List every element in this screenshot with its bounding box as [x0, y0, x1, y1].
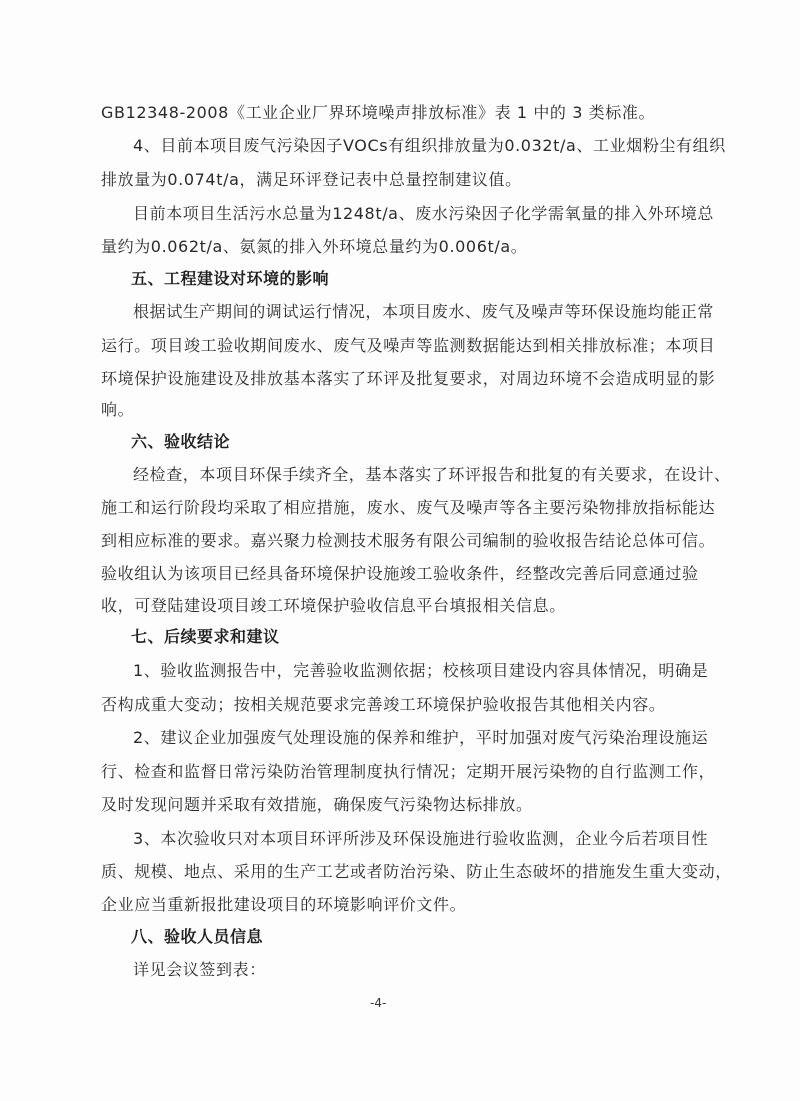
body-text-line: 行、检查和监督日常污染防治管理制度执行情况；定期开展污染物的自行监测工作， [101, 762, 681, 782]
body-text-line: 4、目前本项目废气污染因子VOCs有组织排放量为0.032t/a、工业烟粉尘有组… [133, 136, 713, 156]
body-text-line: 质、规模、地点、采用的生产工艺或者防治污染、防止生态破坏的措施发生重大变动， [101, 862, 681, 882]
section-heading-6: 六、验收结论 [131, 432, 711, 452]
body-text-line: 1、验收监测报告中，完善验收监测依据；校核项目建设内容具体情况，明确是 [133, 661, 713, 681]
section-heading-7: 七、后续要求和建议 [131, 627, 711, 647]
body-text-line: 详见会议签到表： [133, 960, 713, 980]
body-text-line: 企业应当重新报批建设项目的环境影响评价文件。 [101, 895, 681, 915]
document-page: GB12348-2008《工业企业厂界环境噪声排放标准》表 1 中的 3 类标准… [0, 0, 800, 1101]
body-text-line: GB12348-2008《工业企业厂界环境噪声排放标准》表 1 中的 3 类标准… [101, 103, 681, 123]
page-number: -4- [370, 996, 386, 1010]
body-text-line: 施工和运行阶段均采取了相应措施，废水、废气及噪声等各主要污染物排放指标能达 [101, 498, 681, 518]
body-text-line: 收，可登陆建设项目竣工环境保护验收信息平台填报相关信息。 [101, 596, 681, 616]
body-text-line: 运行。项目竣工验收期间废水、废气及噪声等监测数据能达到相关排放标准；本项目 [101, 336, 681, 356]
body-text-line: 目前本项目生活污水总量为1248t/a、废水污染因子化学需氧量的排入外环境总 [133, 204, 713, 224]
body-text-line: 及时发现问题并采取有效措施，确保废气污染物达标排放。 [101, 795, 681, 815]
body-text-line: 经检查，本项目环保手续齐全，基本落实了环评报告和批复的有关要求，在设计、 [133, 465, 713, 485]
body-text-line: 响。 [101, 400, 681, 420]
body-text-line: 否构成重大变动；按相关规范要求完善竣工环境保护验收报告其他相关内容。 [101, 695, 681, 715]
body-text-line: 到相应标准的要求。嘉兴聚力检测技术服务有限公司编制的验收报告结论总体可信。 [101, 531, 681, 551]
body-text-line: 排放量为0.074t/a，满足环评登记表中总量控制建议值。 [101, 170, 681, 190]
body-text-line: 2、建议企业加强废气处理设施的保养和维护，平时加强对废气污染治理设施运 [133, 728, 713, 748]
section-heading-8: 八、验收人员信息 [131, 927, 711, 947]
body-text-line: 环境保护设施建设及排放基本落实了环评及批复要求，对周边环境不会造成明显的影 [101, 369, 681, 389]
body-text-line: 量约为0.062t/a、氨氮的排入外环境总量约为0.006t/a。 [101, 237, 681, 257]
body-text-line: 3、本次验收只对本项目环评所涉及环保设施进行验收监测，企业今后若项目性 [133, 829, 713, 849]
body-text-line: 验收组认为该项目已经具备环境保护设施竣工验收条件，经整改完善后同意通过验 [101, 564, 681, 584]
body-text-line: 根据试生产期间的调试运行情况，本项目废水、废气及噪声等环保设施均能正常 [133, 302, 713, 322]
section-heading-5: 五、工程建设对环境的影响 [131, 269, 711, 289]
